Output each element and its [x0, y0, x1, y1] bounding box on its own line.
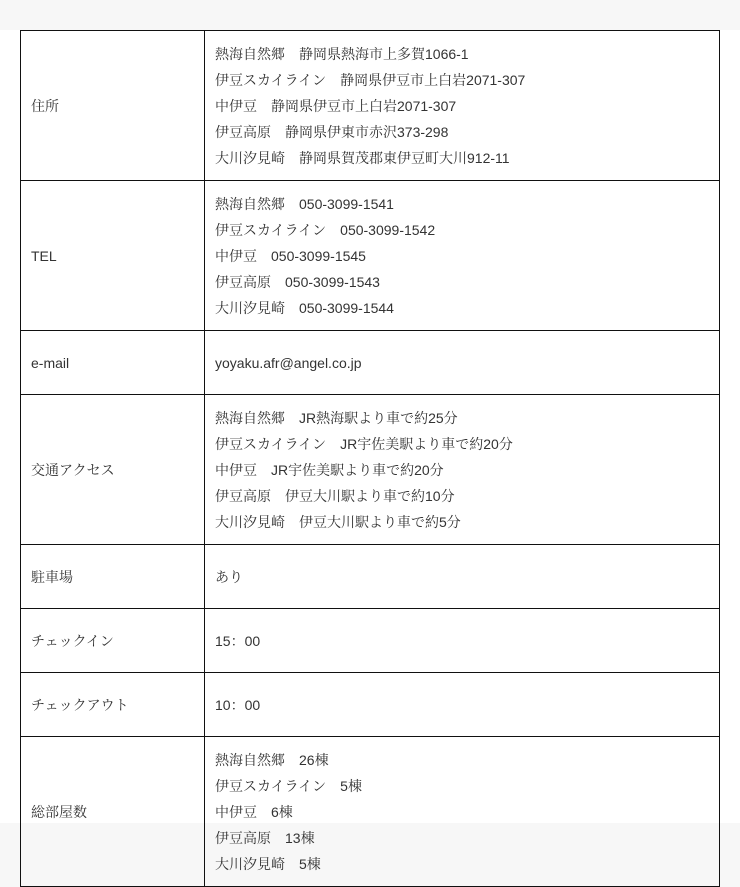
value-email: yoyaku.afr@angel.co.jp — [205, 331, 720, 395]
rooms-line: 熱海自然郷 26棟 — [215, 747, 709, 773]
rooms-line: 中伊豆 6棟 — [215, 799, 709, 825]
value-address: 熱海自然郷 静岡県熱海市上多賀1066-1 伊豆スカイライン 静岡県伊豆市上白岩… — [205, 31, 720, 181]
label-tel: TEL — [21, 181, 205, 331]
address-line: 大川汐見崎 静岡県賀茂郡東伊豆町大川912-11 — [215, 145, 709, 171]
rooms-line: 伊豆スカイライン 5棟 — [215, 773, 709, 799]
address-line: 熱海自然郷 静岡県熱海市上多賀1066-1 — [215, 41, 709, 67]
label-email: e-mail — [21, 331, 205, 395]
address-line: 伊豆高原 静岡県伊東市赤沢373-298 — [215, 119, 709, 145]
tel-line: 伊豆高原 050-3099-1543 — [215, 269, 709, 295]
row-email: e-mail yoyaku.afr@angel.co.jp — [21, 331, 720, 395]
access-line: 大川汐見崎 伊豆大川駅より車で約5分 — [215, 509, 709, 535]
access-line: 中伊豆 JR宇佐美駅より車で約20分 — [215, 457, 709, 483]
tel-line: 中伊豆 050-3099-1545 — [215, 243, 709, 269]
tel-line: 熱海自然郷 050-3099-1541 — [215, 191, 709, 217]
label-address: 住所 — [21, 31, 205, 181]
tel-line: 伊豆スカイライン 050-3099-1542 — [215, 217, 709, 243]
address-line: 中伊豆 静岡県伊豆市上白岩2071-307 — [215, 93, 709, 119]
value-checkout: 10：00 — [205, 673, 720, 737]
value-tel: 熱海自然郷 050-3099-1541 伊豆スカイライン 050-3099-15… — [205, 181, 720, 331]
value-checkin: 15：00 — [205, 609, 720, 673]
label-checkin: チェックイン — [21, 609, 205, 673]
row-checkin: チェックイン 15：00 — [21, 609, 720, 673]
row-tel: TEL 熱海自然郷 050-3099-1541 伊豆スカイライン 050-309… — [21, 181, 720, 331]
access-line: 伊豆スカイライン JR宇佐美駅より車で約20分 — [215, 431, 709, 457]
value-parking: あり — [205, 545, 720, 609]
label-parking: 駐車場 — [21, 545, 205, 609]
page-content: 住所 熱海自然郷 静岡県熱海市上多賀1066-1 伊豆スカイライン 静岡県伊豆市… — [0, 30, 740, 823]
row-parking: 駐車場 あり — [21, 545, 720, 609]
row-access: 交通アクセス 熱海自然郷 JR熱海駅より車で約25分 伊豆スカイライン JR宇佐… — [21, 395, 720, 545]
label-total-rooms: 総部屋数 — [21, 737, 205, 854]
row-checkout: チェックアウト 10：00 — [21, 673, 720, 737]
tel-line: 大川汐見崎 050-3099-1544 — [215, 295, 709, 321]
value-total-rooms: 熱海自然郷 26棟 伊豆スカイライン 5棟 中伊豆 6棟 伊豆高原 13棟 大川… — [205, 737, 720, 854]
access-line: 伊豆高原 伊豆大川駅より車で約10分 — [215, 483, 709, 509]
label-access: 交通アクセス — [21, 395, 205, 545]
facility-info-table: 住所 熱海自然郷 静岡県熱海市上多賀1066-1 伊豆スカイライン 静岡県伊豆市… — [20, 30, 720, 853]
row-total-rooms: 総部屋数 熱海自然郷 26棟 伊豆スカイライン 5棟 中伊豆 6棟 伊豆高原 1… — [21, 737, 720, 854]
address-line: 伊豆スカイライン 静岡県伊豆市上白岩2071-307 — [215, 67, 709, 93]
row-address: 住所 熱海自然郷 静岡県熱海市上多賀1066-1 伊豆スカイライン 静岡県伊豆市… — [21, 31, 720, 181]
rooms-line: 伊豆高原 13棟 — [215, 825, 709, 851]
value-access: 熱海自然郷 JR熱海駅より車で約25分 伊豆スカイライン JR宇佐美駅より車で約… — [205, 395, 720, 545]
label-checkout: チェックアウト — [21, 673, 205, 737]
access-line: 熱海自然郷 JR熱海駅より車で約25分 — [215, 405, 709, 431]
